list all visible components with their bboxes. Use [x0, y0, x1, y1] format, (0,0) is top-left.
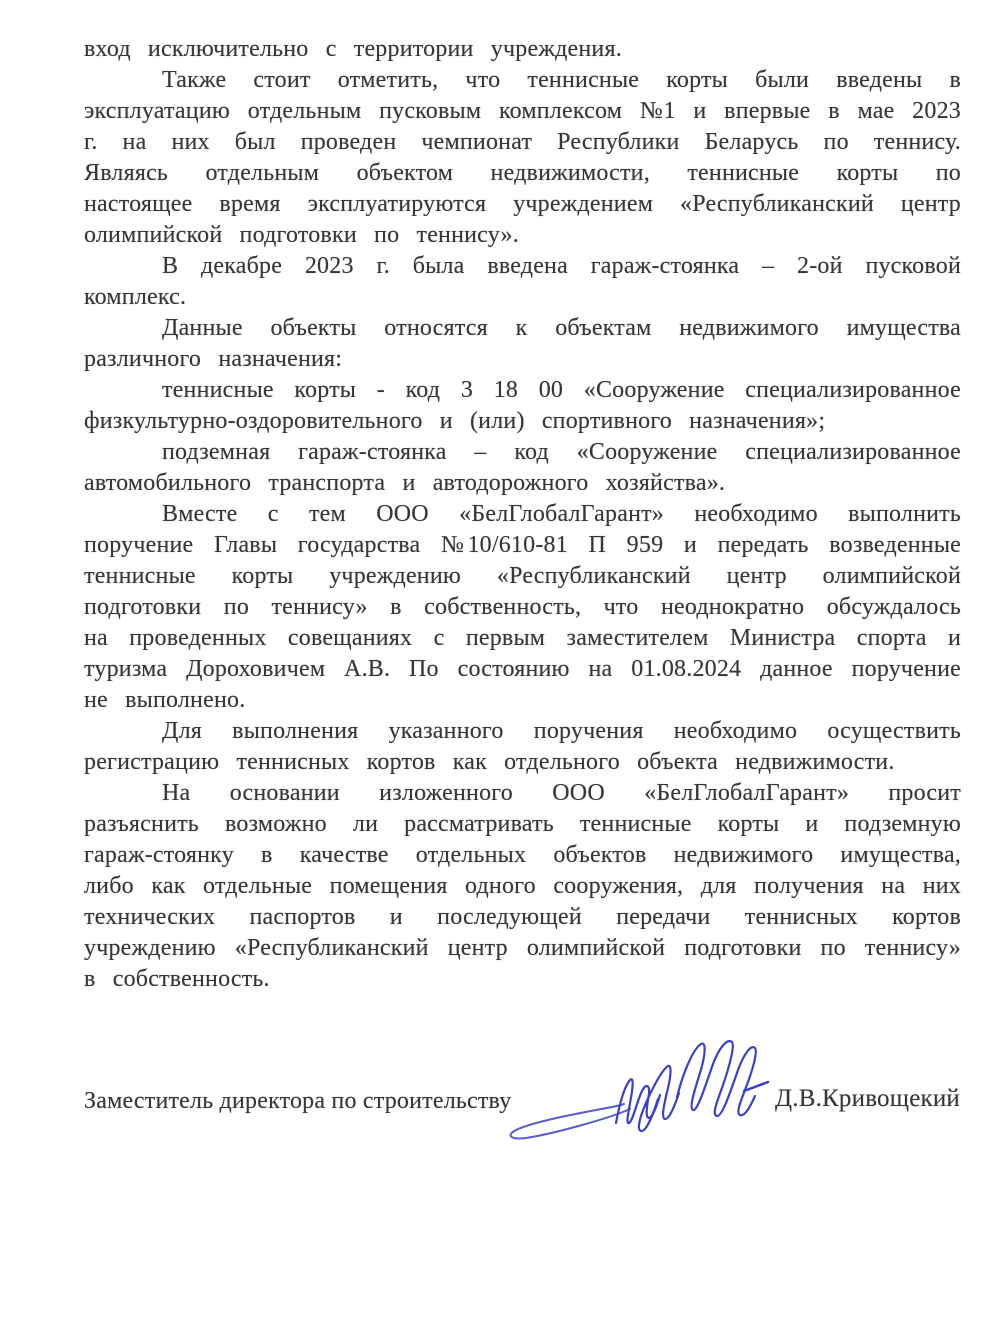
letter-body: вход исключительно с территории учрежден… — [84, 34, 961, 995]
paragraph: Вместе с тем ООО «БелГлобалГарант» необх… — [84, 499, 961, 716]
signature-stroke — [677, 1041, 756, 1116]
paragraph: вход исключительно с территории учрежден… — [84, 34, 961, 65]
paragraph: На основании изложенного ООО «БелГлобалГ… — [84, 778, 961, 995]
paragraph: Также стоит отметить, что теннисные корт… — [84, 65, 961, 251]
paragraph: В декабре 2023 г. была введена гараж-сто… — [84, 251, 961, 313]
signatory-role-label: Заместитель директора по строительству — [84, 1088, 511, 1115]
scanned-letter-page: вход исключительно с территории учрежден… — [0, 0, 982, 1330]
signature-ink — [500, 1035, 780, 1150]
paragraph: теннисные корты - код 3 18 00 «Сооружени… — [84, 375, 961, 437]
signature-stroke — [511, 1104, 630, 1138]
paragraph: Для выполнения указанного поручения необ… — [84, 716, 961, 778]
signatory-name: Д.В.Кривощекий — [775, 1085, 960, 1113]
paragraph: Данные объекты относятся к объектам недв… — [84, 313, 961, 375]
paragraph: подземная гараж-стоянка – код «Сооружени… — [84, 437, 961, 499]
